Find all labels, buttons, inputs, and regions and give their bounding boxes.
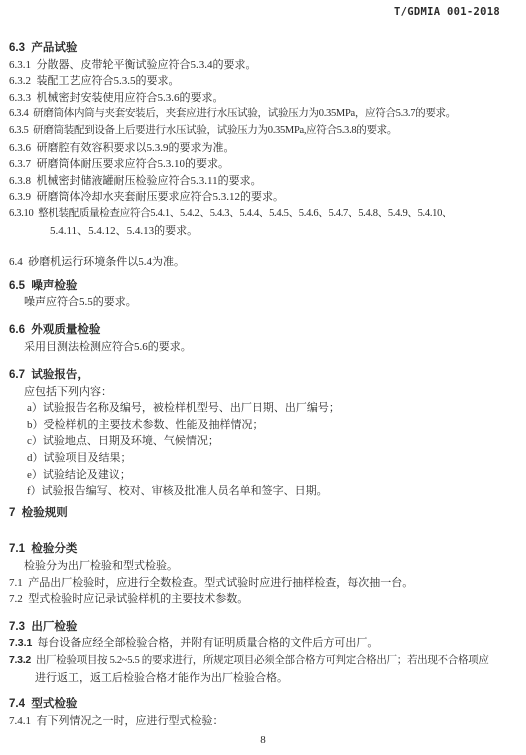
clause-6-7-intro: 应包括下列内容： bbox=[9, 384, 500, 401]
report-item-a: a）试验报告名称及编号，被检样机型号、出厂日期、出厂编号； bbox=[9, 400, 500, 417]
clause-7-3-2: 7.3.2出厂检验项目按 5.2~5.5 的要求进行，所规定项目必须全部合格方可… bbox=[9, 652, 500, 670]
clause-7-3-heading: 7.3 出厂检验 bbox=[9, 619, 500, 636]
clause-7-3-1-text: 每台设备应经全部检验合格，并附有证明质量合格的文件后方可出厂。 bbox=[37, 637, 378, 649]
clause-6-3-3: 6.3.3 机械密封安装使用应符合5.3.6的要求。 bbox=[9, 90, 500, 107]
clause-7-3-1-number: 7.3.1 bbox=[9, 637, 32, 649]
clause-7-1-body: 检验分为出厂检验和型式检验。 bbox=[9, 558, 500, 575]
report-item-c: c）试验地点、日期及环境、气候情况； bbox=[9, 433, 500, 450]
clause-6-5-body: 噪声应符合5.5的要求。 bbox=[9, 294, 500, 311]
clause-7-1-para: 7.1 产品出厂检验时，应进行全数检查。型式试验时应进行抽样检查，每次抽一台。 bbox=[9, 575, 500, 592]
clause-7-3-2-number: 7.3.2 bbox=[9, 654, 31, 666]
report-item-b: b）受检样机的主要技术参数、性能及抽样情况； bbox=[9, 417, 500, 434]
clause-6-6-body: 采用目测法检测应符合5.6的要求。 bbox=[9, 339, 500, 356]
clause-6-3-heading: 6.3 产品试验 bbox=[9, 40, 500, 57]
page-number: 8 bbox=[0, 734, 526, 746]
chapter-7-heading: 7 检验规则 bbox=[9, 505, 500, 522]
clause-7-3-2-cont: 进行返工，返工后检验合格才能作为出厂检验合格。 bbox=[9, 670, 500, 687]
clause-6-6-heading: 6.6 外观质量检验 bbox=[9, 322, 500, 339]
clause-6-3-6: 6.3.6 研磨腔有效容积要求以5.3.9的要求为准。 bbox=[9, 140, 500, 157]
report-item-f: f）试验报告编写、校对、审核及批准人员名单和签字、日期。 bbox=[9, 483, 500, 500]
clause-6-7-heading: 6.7 试验报告， bbox=[9, 367, 500, 384]
clause-6-3-9: 6.3.9 研磨筒体冷却水夹套耐压要求应符合5.3.12的要求。 bbox=[9, 189, 500, 206]
clause-7-3-1: 7.3.1每台设备应经全部检验合格，并附有证明质量合格的文件后方可出厂。 bbox=[9, 635, 500, 652]
report-item-e: e）试验结论及建议； bbox=[9, 467, 500, 484]
clause-7-3-2-text: 出厂检验项目按 5.2~5.5 的要求进行，所规定项目必须全部合格方可判定合格出… bbox=[36, 655, 489, 666]
clause-6-4: 6.4 砂磨机运行环境条件以5.4为准。 bbox=[9, 254, 500, 271]
document-page: T/GDMIA 001-2018 6.3 产品试验 6.3.1 分散器、皮带轮平… bbox=[0, 0, 526, 755]
clause-6-5-heading: 6.5 噪声检验 bbox=[9, 278, 500, 295]
standard-number: T/GDMIA 001-2018 bbox=[394, 6, 500, 18]
clause-7-2-para: 7.2 型式检验时应记录试验样机的主要技术参数。 bbox=[9, 591, 500, 608]
clause-6-3-8: 6.3.8 机械密封储液罐耐压检验应符合5.3.11的要求。 bbox=[9, 173, 500, 190]
clause-6-3-2: 6.3.2 装配工艺应符合5.3.5的要求。 bbox=[9, 73, 500, 90]
clause-6-3-7: 6.3.7 研磨筒体耐压要求应符合5.3.10的要求。 bbox=[9, 156, 500, 173]
report-item-d: d）试验项目及结果； bbox=[9, 450, 500, 467]
clause-7-4-1: 7.4.1 有下列情况之一时，应进行型式检验： bbox=[9, 713, 500, 730]
clause-6-3-1: 6.3.1 分散器、皮带轮平衡试验应符合5.3.4的要求。 bbox=[9, 57, 500, 74]
clause-7-1-heading: 7.1 检验分类 bbox=[9, 541, 500, 558]
clause-6-3-4: 6.3.4 研磨筒体内筒与夹套安装后，夹套应进行水压试验，试验压力为0.35MP… bbox=[9, 106, 500, 123]
clause-7-4-heading: 7.4 型式检验 bbox=[9, 696, 500, 713]
clause-6-3-10-cont: 5.4.11、5.4.12、5.4.13的要求。 bbox=[9, 223, 500, 240]
clause-6-3-5: 6.3.5 研磨筒装配到设备上后要进行水压试验，试验压力为0.35MPa,应符合… bbox=[9, 123, 500, 140]
clause-6-3-10: 6.3.10 整机装配质量检查应符合5.4.1、5.4.2、5.4.3、5.4.… bbox=[9, 206, 500, 223]
